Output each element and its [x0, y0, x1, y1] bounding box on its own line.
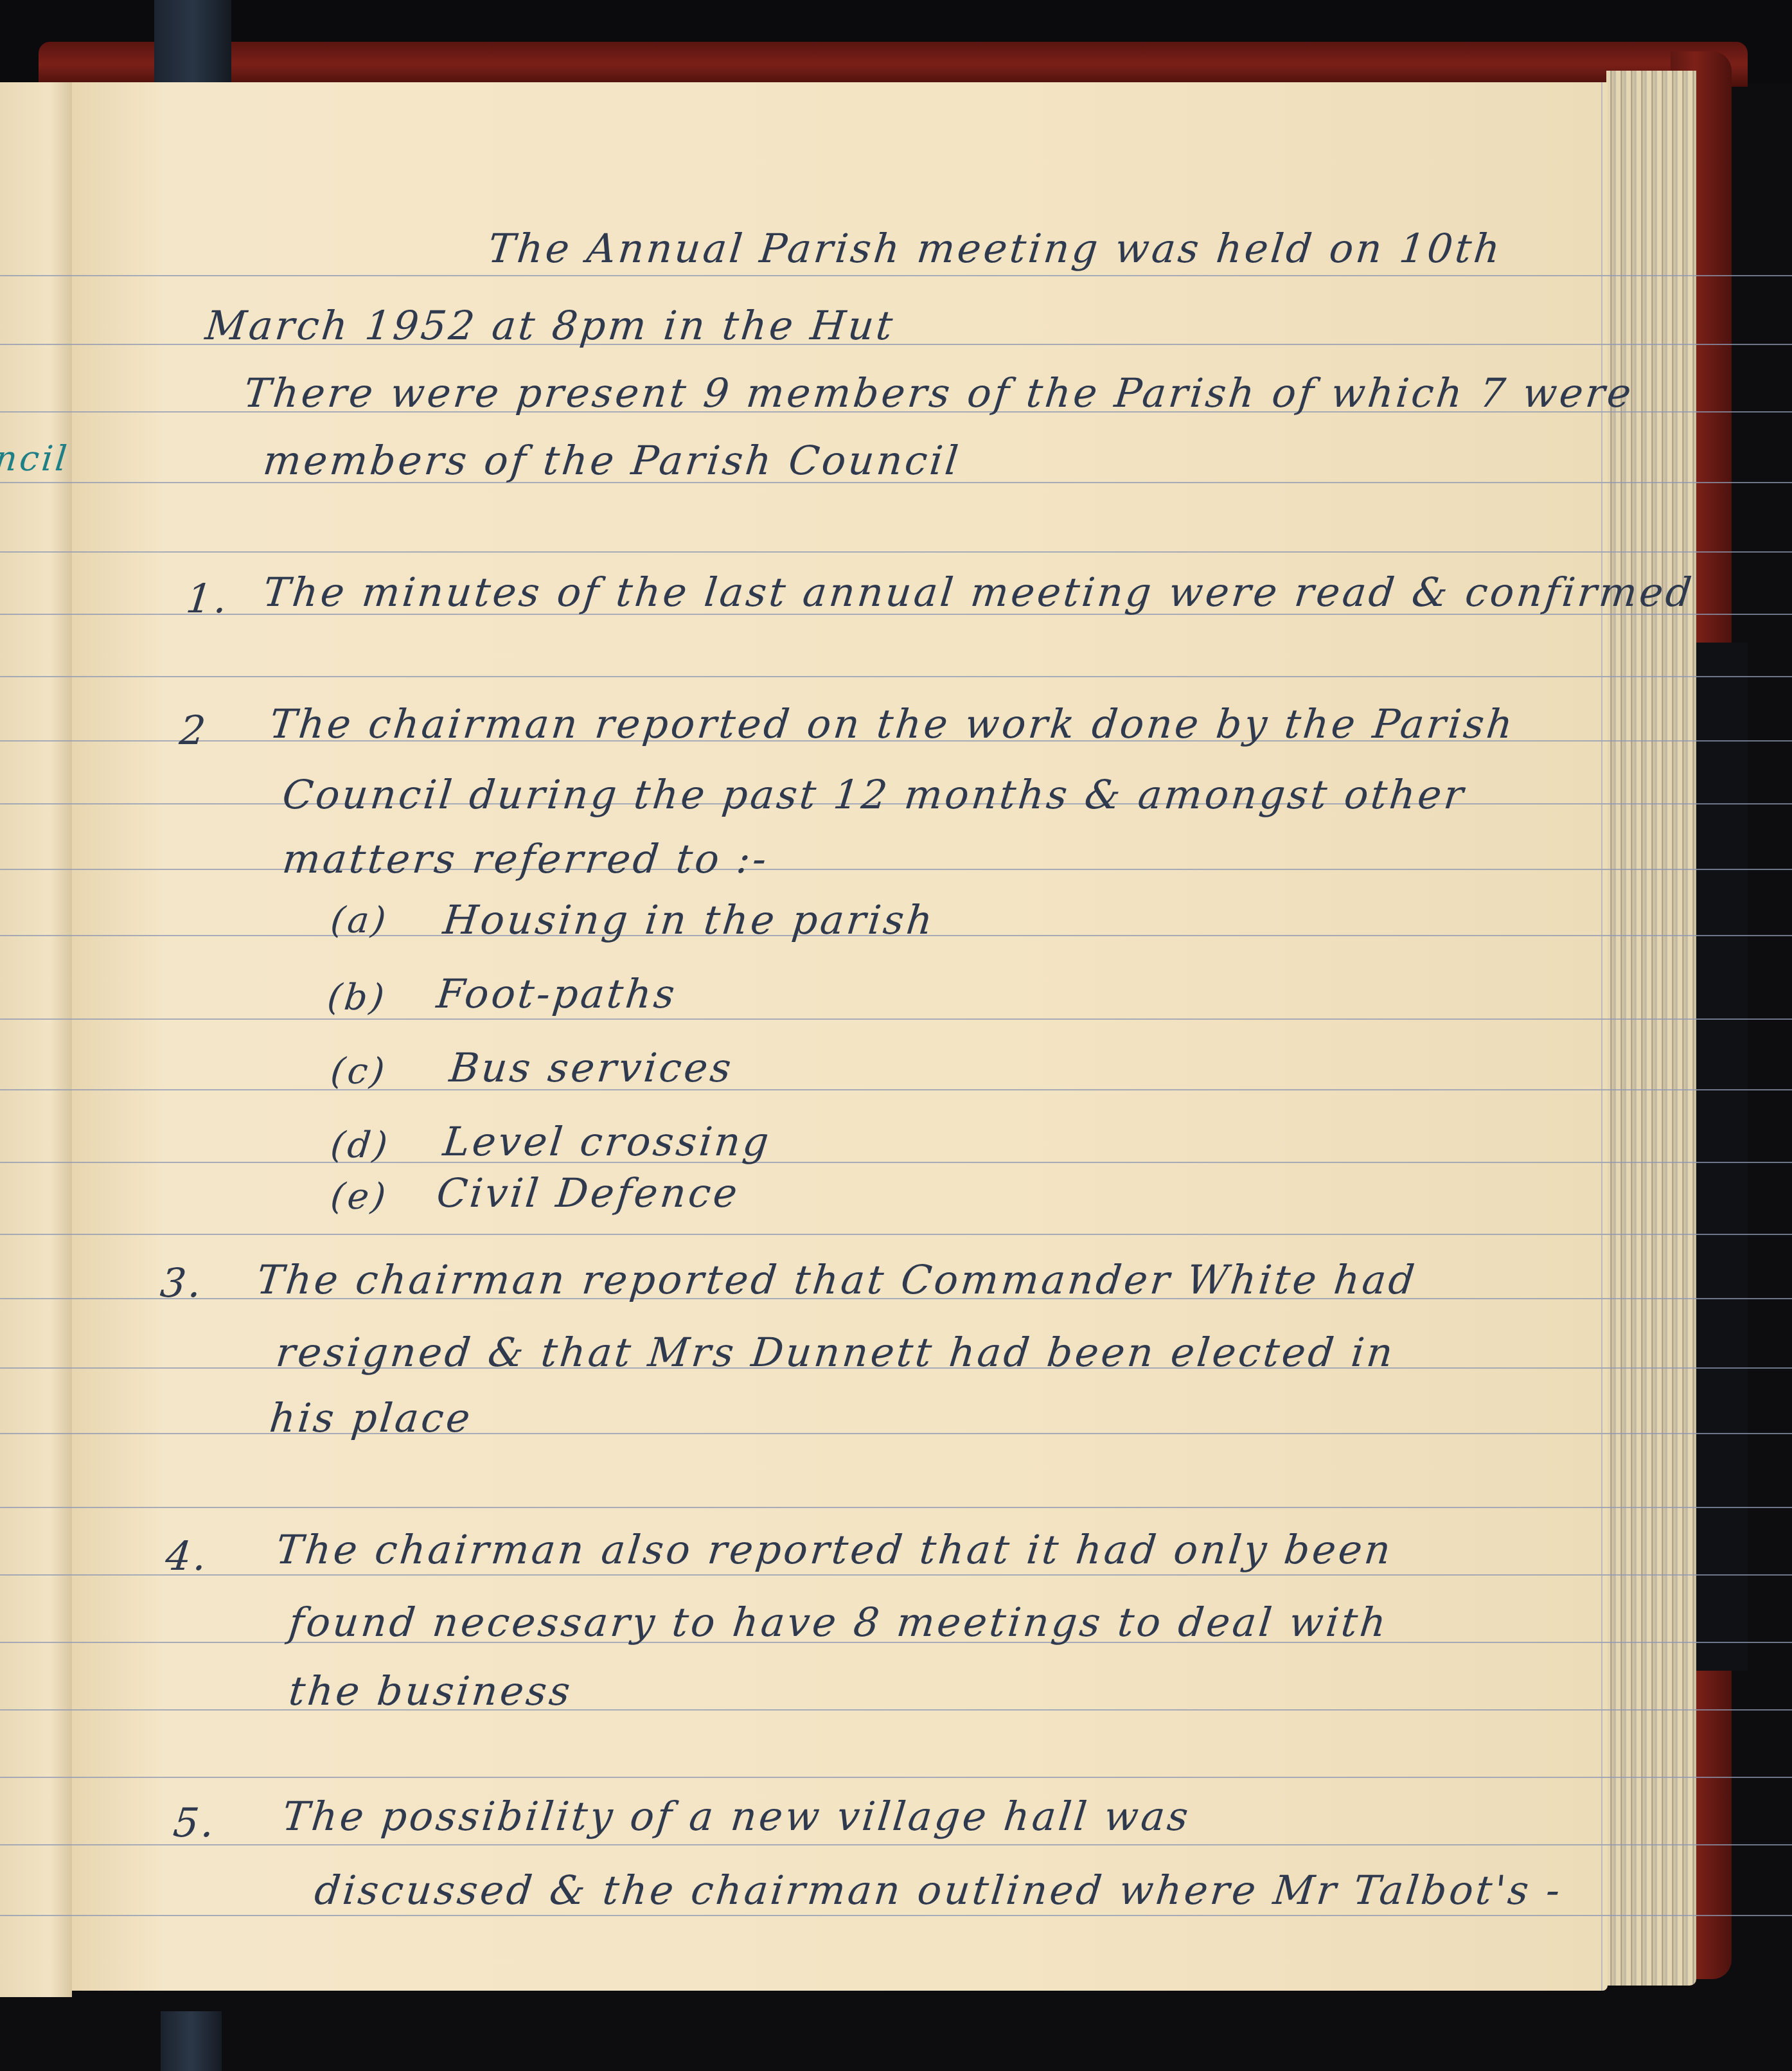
item-2-line-2: Council during the past 12 months & amon… — [280, 771, 1468, 818]
subitem-text: Bus services — [447, 1044, 736, 1091]
subitem-text: Civil Defence — [434, 1169, 742, 1216]
item-2-line-1: The chairman reported on the work done b… — [267, 700, 1517, 747]
item-4-line-2: found necessary to have 8 meetings to de… — [287, 1599, 1390, 1646]
subitem-label: (d) — [329, 1124, 392, 1166]
heading-line-2: March 1952 at 8pm in the Hut — [203, 302, 897, 349]
ruled-line — [0, 1162, 1792, 1163]
subitem-text: Level crossing — [441, 1118, 774, 1165]
subitem-text: Foot-paths — [434, 970, 679, 1017]
ruled-line — [0, 676, 1792, 677]
item-5-line-2: discussed & the chairman outlined where … — [312, 1867, 1565, 1914]
bookmark-ribbon — [154, 0, 231, 84]
item-2-line-3: matters referred to :- — [280, 835, 771, 882]
ruled-line — [0, 1777, 1792, 1778]
attendance-line-1: There were present 9 members of the Pari… — [242, 369, 1636, 416]
left-page-fragment: ncil — [0, 438, 71, 479]
page-block-edges — [1606, 71, 1696, 1986]
subitem-label: (a) — [329, 900, 391, 941]
subitem-label: (c) — [329, 1051, 389, 1092]
ruled-line — [0, 1089, 1792, 1090]
subitem-text: Housing in the parish — [441, 896, 937, 943]
subitem-label: (e) — [329, 1176, 391, 1218]
item-number: 2 — [177, 707, 210, 754]
item-number: 3. — [158, 1259, 206, 1306]
bookmark-ribbon-tail — [161, 2011, 222, 2071]
item-number: 4. — [163, 1533, 211, 1579]
ruled-line — [0, 1709, 1792, 1711]
ruled-line — [0, 1234, 1792, 1235]
attendance-line-2: members of the Parish Council — [261, 437, 963, 484]
heading-line-1: The Annual Parish meeting was held on 10… — [486, 225, 1505, 272]
item-1-line-1: The minutes of the last annual meeting w… — [261, 569, 1696, 616]
book-spine-cloth — [1696, 643, 1748, 1671]
subitem-label: (b) — [326, 977, 389, 1018]
ruled-line — [0, 1018, 1792, 1020]
item-5-line-1: The possibility of a new village hall wa… — [280, 1793, 1193, 1840]
item-4-line-1: The chairman also reported that it had o… — [274, 1526, 1395, 1573]
ruled-line — [0, 869, 1792, 870]
ruled-line — [0, 1574, 1792, 1576]
item-4-line-3: the business — [287, 1667, 574, 1714]
item-3-line-1: The chairman reported that Commander Whi… — [254, 1256, 1419, 1303]
ruled-line — [0, 1915, 1792, 1916]
ruled-line — [0, 275, 1792, 276]
item-number: 5. — [171, 1799, 219, 1846]
ruled-line — [0, 551, 1792, 553]
item-3-line-2: resigned & that Mrs Dunnett had been ele… — [274, 1329, 1397, 1376]
book-cover-red-edge — [39, 42, 1748, 87]
ruled-line — [0, 1507, 1792, 1508]
ruled-line — [0, 1844, 1792, 1845]
item-3-line-3: his place — [267, 1394, 475, 1441]
item-number: 1. — [184, 575, 232, 622]
page-margin-line — [1601, 82, 1602, 1991]
